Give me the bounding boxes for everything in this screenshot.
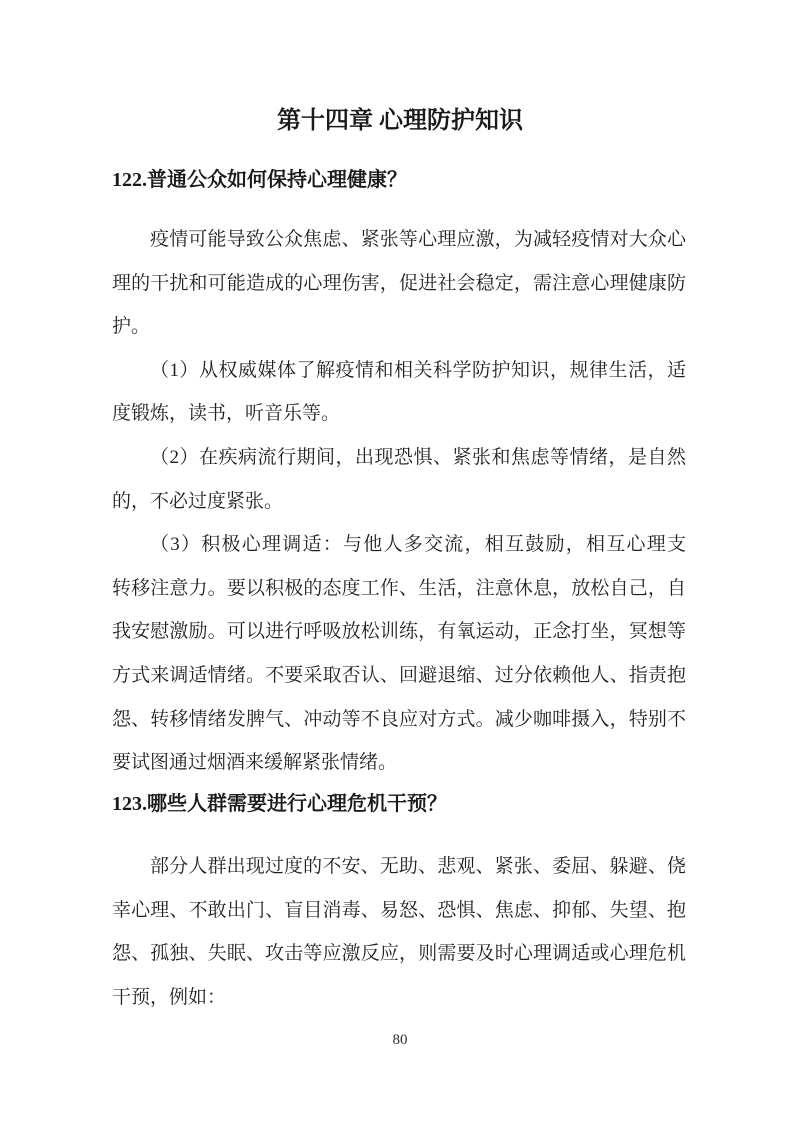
- question-123-heading: 123.哪些人群需要进行心理危机干预？: [112, 787, 692, 816]
- text-line: 我安慰激励。可以进行呼吸放松训练，有氧运动，正念打坐，冥想等: [112, 610, 686, 654]
- section-122-body: 疫情可能导致公众焦虑、紧张等心理应激，为减轻疫情对大众心 理的干扰和可能造成的心…: [112, 218, 686, 785]
- question-122-heading: 122.普通公众如何保持心理健康？: [112, 163, 692, 192]
- text-line: 怨、转移情绪发脾气、冲动等不良应对方式。减少咖啡摄入，特别不: [112, 698, 686, 742]
- document-page: 第十四章 心理防护知识 122.普通公众如何保持心理健康？ 疫情可能导致公众焦虑…: [0, 0, 800, 1131]
- page-number: 80: [0, 1032, 800, 1049]
- text-line: 转移注意力。要以积极的态度工作、生活，注意休息，放松自己，自: [112, 567, 686, 611]
- text-line: （3）积极心理调适：与他人多交流，相互鼓励，相互心理支持，: [112, 523, 686, 567]
- section-123-body: 部分人群出现过度的不安、无助、悲观、紧张、委屈、躲避、侥 幸心理、不敢出门、盲目…: [112, 845, 686, 1019]
- text-line: 幸心理、不敢出门、盲目消毒、易怒、恐惧、焦虑、抑郁、失望、抱: [112, 889, 686, 933]
- text-line: 疫情可能导致公众焦虑、紧张等心理应激，为减轻疫情对大众心: [112, 218, 686, 262]
- text-line: 要试图通过烟酒来缓解紧张情绪。: [112, 741, 686, 785]
- text-line: 怨、孤独、失眠、攻击等应激反应，则需要及时心理调适或心理危机: [112, 932, 686, 976]
- chapter-title: 第十四章 心理防护知识: [0, 100, 800, 135]
- text-line: 度锻炼，读书，听音乐等。: [112, 392, 686, 436]
- text-line: 方式来调适情绪。不要采取否认、回避退缩、过分依赖他人、指责抱: [112, 654, 686, 698]
- text-line: 理的干扰和可能造成的心理伤害，促进社会稳定，需注意心理健康防: [112, 262, 686, 306]
- text-line: （1）从权威媒体了解疫情和相关科学防护知识，规律生活，适: [112, 349, 686, 393]
- text-line: 干预，例如：: [112, 976, 686, 1020]
- text-line: （2）在疾病流行期间，出现恐惧、紧张和焦虑等情绪，是自然: [112, 436, 686, 480]
- text-line: 部分人群出现过度的不安、无助、悲观、紧张、委屈、躲避、侥: [112, 845, 686, 889]
- text-line: 的，不必过度紧张。: [112, 480, 686, 524]
- text-line: 护。: [112, 305, 686, 349]
